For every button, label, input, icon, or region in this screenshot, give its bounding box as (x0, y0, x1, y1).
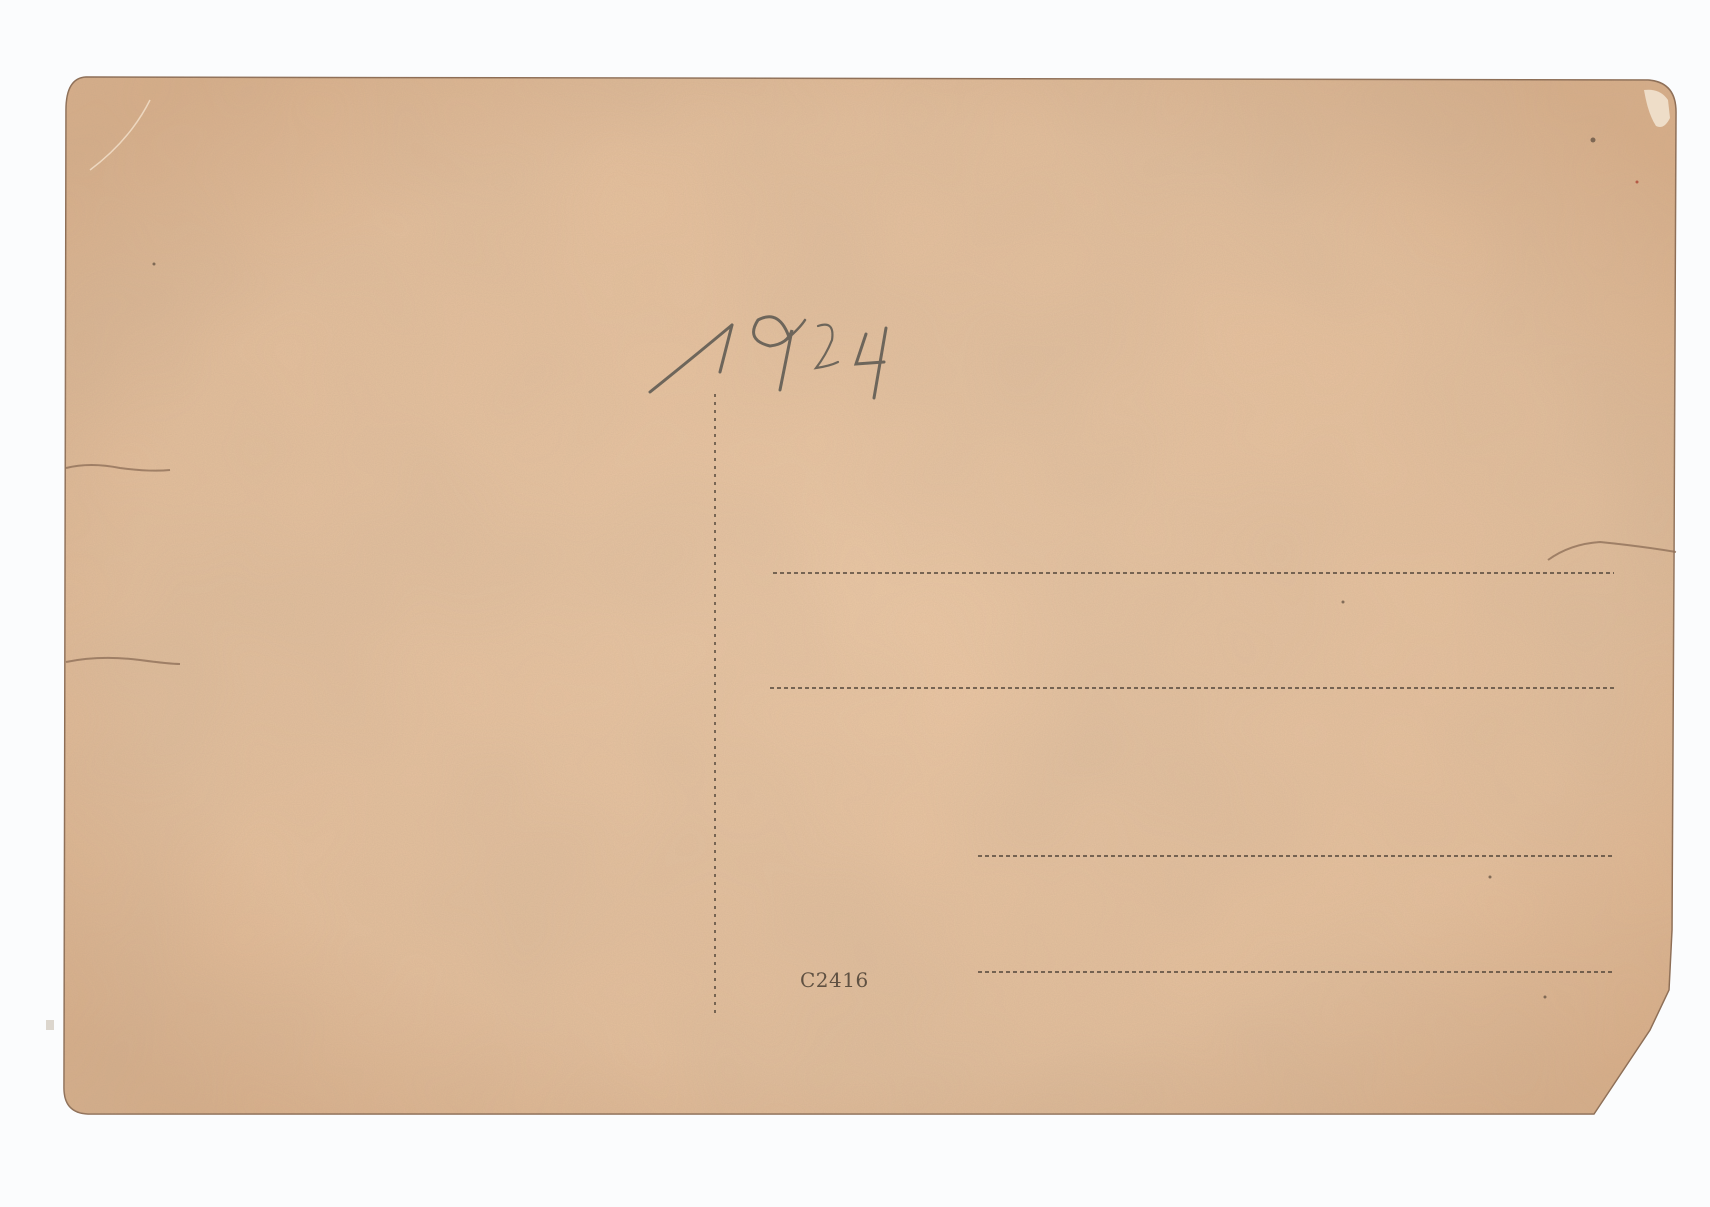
postcard-scan: 1924 C2416 (0, 0, 1710, 1207)
printed-number: C2416 (800, 968, 869, 992)
postcard-card (0, 0, 1710, 1207)
handwritten-year: 1924 (640, 300, 900, 410)
paper-grain (64, 77, 1676, 1114)
